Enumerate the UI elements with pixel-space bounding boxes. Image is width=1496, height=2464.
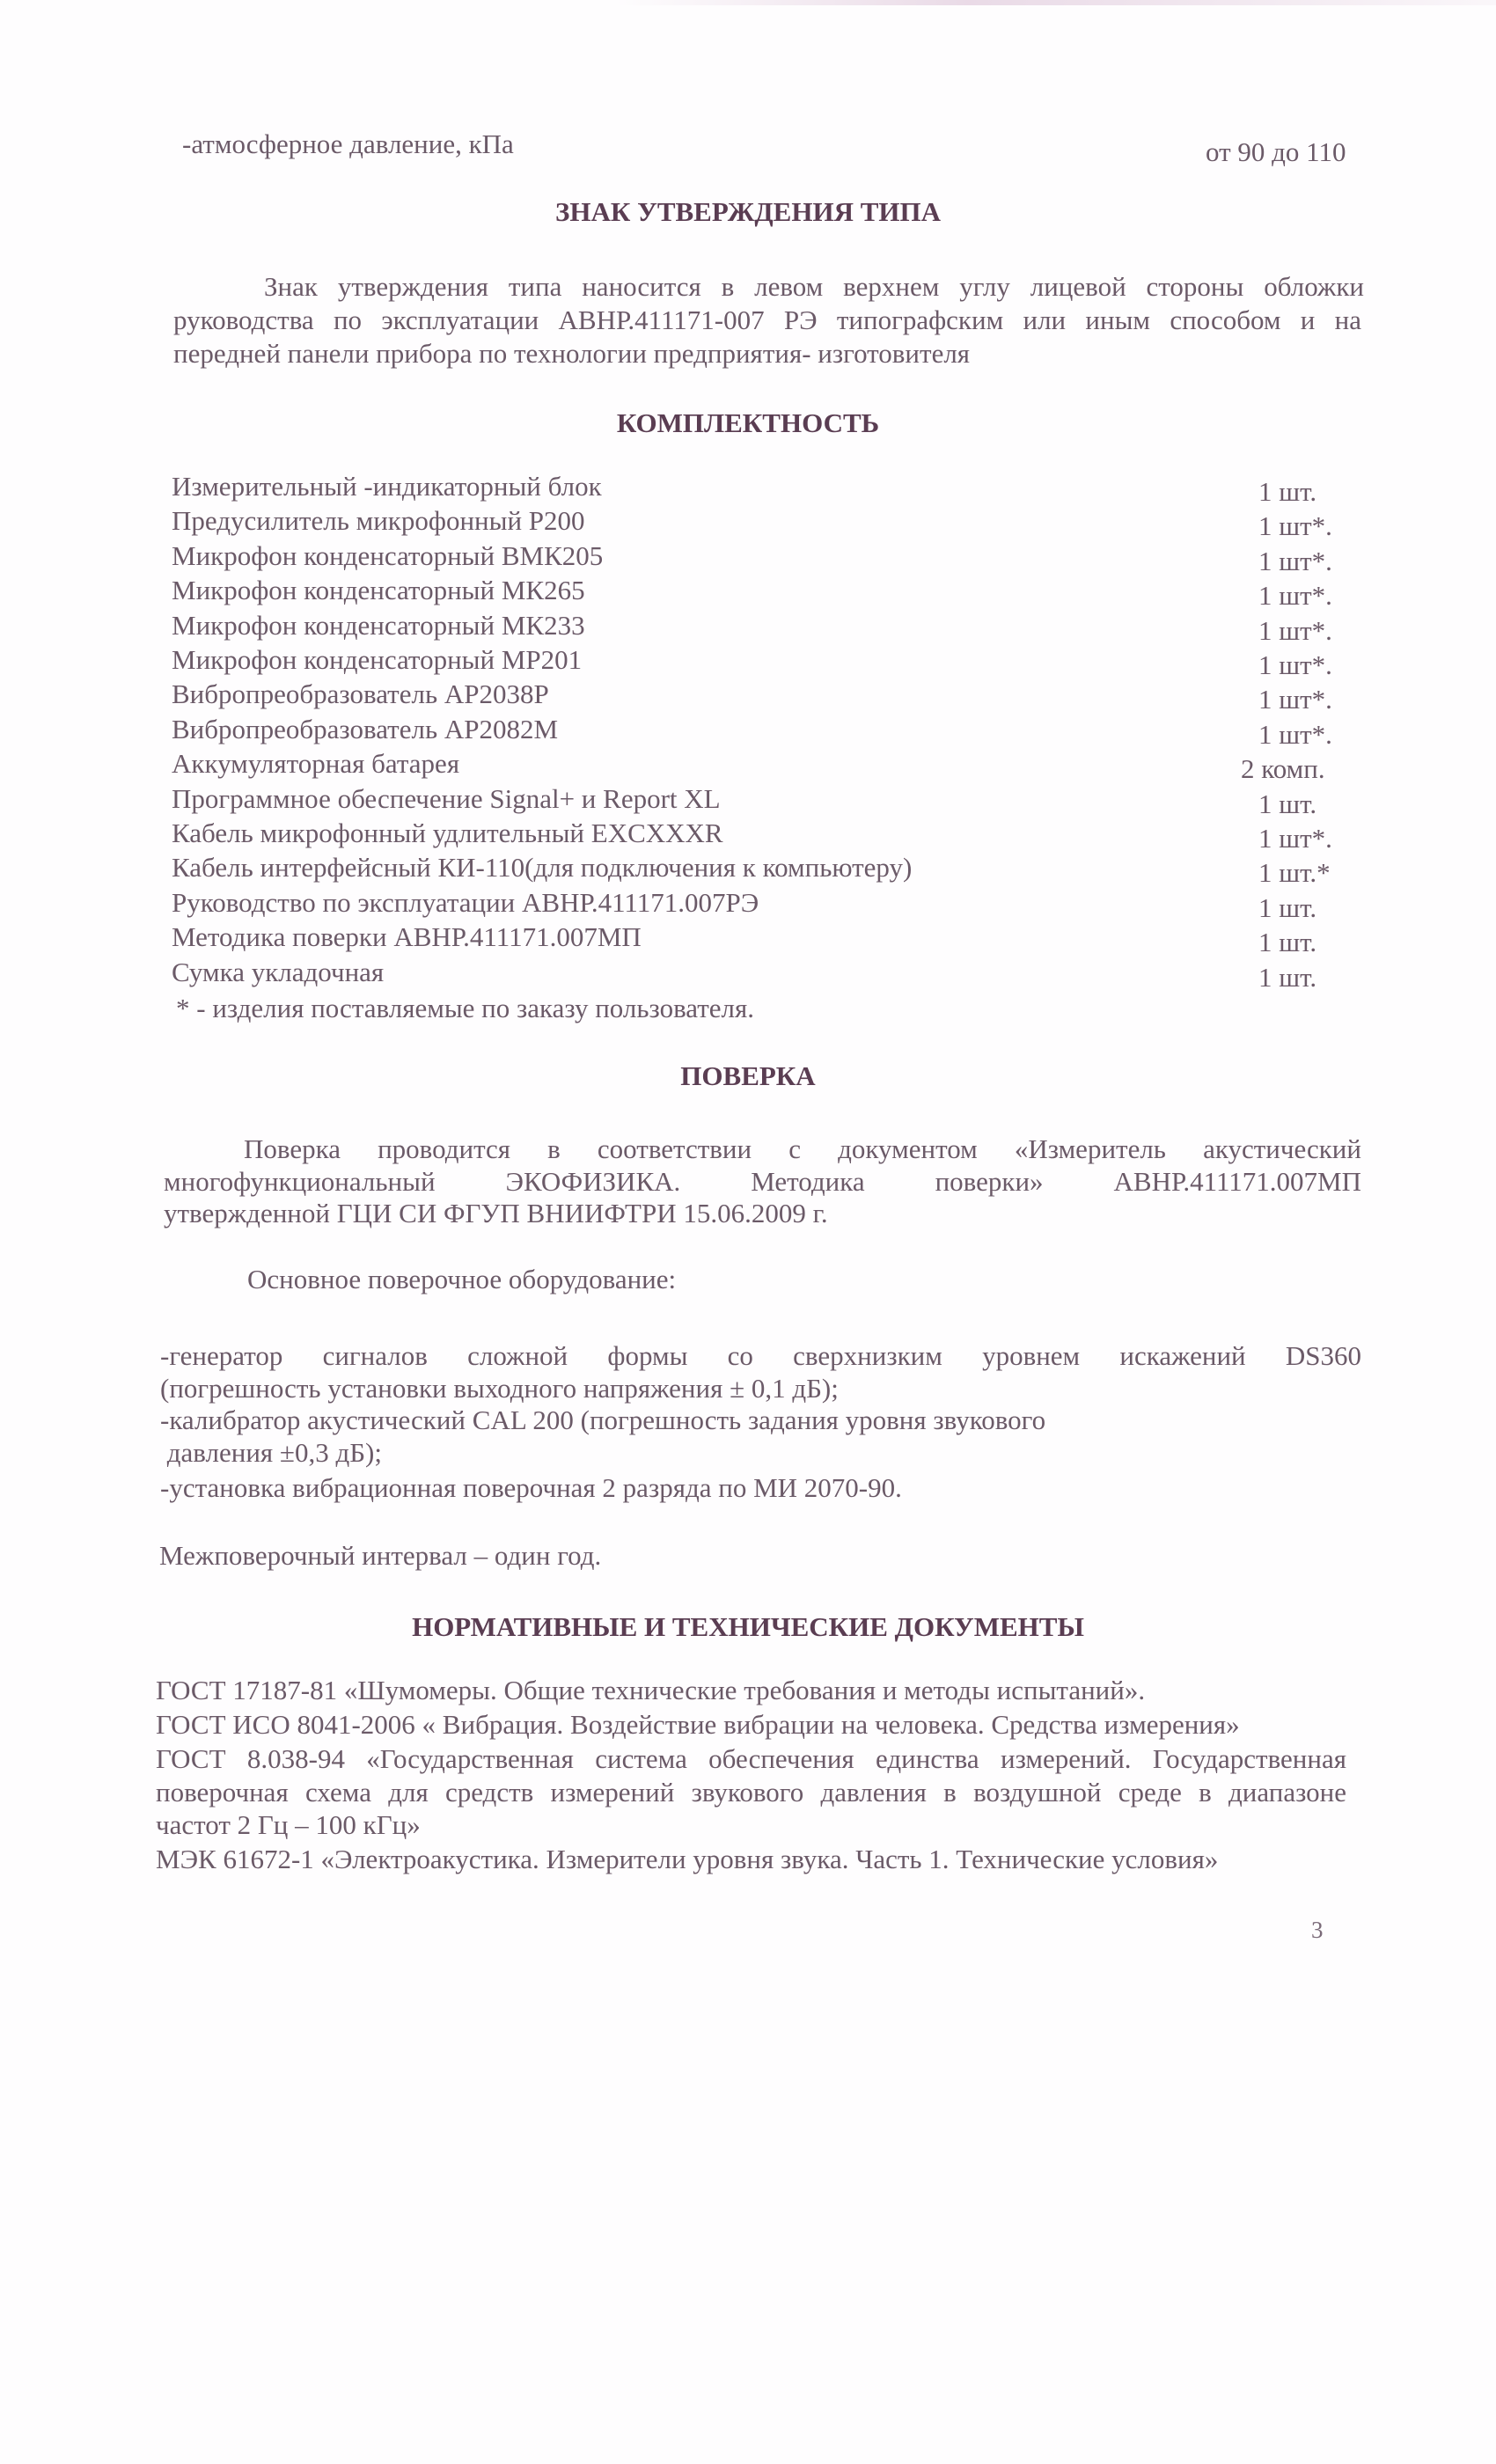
verification-para-line-3: утвержденной ГЦИ СИ ФГУП ВНИИФТРИ 15.06.… xyxy=(164,1199,1361,1227)
list-item: Руководство по эксплуатации АВНР.411171.… xyxy=(172,889,1360,924)
verification-para-line-2: многофункциональный ЭКОФИЗИКА. Методика … xyxy=(164,1168,1361,1195)
item-quantity: 1 шт*. xyxy=(1258,617,1332,644)
heading-verification: ПОВЕРКА xyxy=(0,1062,1496,1089)
equipment-line-1: -генератор сигналов сложной формы со све… xyxy=(160,1342,1361,1369)
item-quantity: 1 шт. xyxy=(1258,928,1316,956)
equipment-label: Основное поверочное оборудование: xyxy=(247,1265,676,1293)
item-quantity: 1 шт. xyxy=(1258,478,1316,505)
item-quantity: 1 шт. xyxy=(1258,790,1316,818)
item-quantity: 2 комп. xyxy=(1241,755,1325,782)
item-name: Микрофон конденсаторный ВМК205 xyxy=(172,542,603,569)
item-name: Вибропреобразователь АР2038Р xyxy=(172,680,549,708)
normative-line-3: ГОСТ 8.038-94 «Государственная система о… xyxy=(156,1745,1346,1772)
normative-line-4: поверочная схема для средств измерений з… xyxy=(156,1778,1346,1806)
list-item: Кабель микрофонный удлительный EXCXXXR1 … xyxy=(172,819,1360,854)
item-name: Сумка укладочная xyxy=(172,958,384,986)
item-quantity: 1 шт*. xyxy=(1258,582,1332,609)
type-mark-para-line-1: Знак утверждения типа наносится в левом … xyxy=(264,273,1364,300)
item-quantity: 1 шт. xyxy=(1258,894,1316,921)
item-name: Программное обеспечение Signal+ и Report… xyxy=(172,785,721,812)
heading-completeness: КОМПЛЕКТНОСТЬ xyxy=(0,409,1496,436)
equipment-line-3: -калибратор акустический CAL 200 (погреш… xyxy=(160,1406,1045,1434)
list-item: Микрофон конденсаторный ВМК2051 шт*. xyxy=(172,542,1360,577)
page-number: 3 xyxy=(1311,1917,1324,1944)
item-name: Микрофон конденсаторный МР201 xyxy=(172,646,582,673)
item-name: Аккумуляторная батарея xyxy=(172,750,459,777)
item-name: Методика поверки АВНР.411171.007МП xyxy=(172,923,642,950)
heading-type-approval-mark: ЗНАК УТВЕРЖДЕНИЯ ТИПА xyxy=(0,198,1496,225)
list-item: Измерительный -индикаторный блок1 шт. xyxy=(172,473,1360,508)
normative-line-6: МЭК 61672-1 «Электроакустика. Измерители… xyxy=(156,1845,1218,1873)
atmospheric-pressure-label: -атмосферное давление, кПа xyxy=(182,130,514,158)
item-quantity: 1 шт*. xyxy=(1258,825,1332,852)
list-item: Кабель интерфейсный КИ-110(для подключен… xyxy=(172,854,1360,889)
item-quantity: 1 шт. xyxy=(1258,964,1316,991)
item-quantity: 1 шт*. xyxy=(1258,651,1332,678)
normative-line-1: ГОСТ 17187-81 «Шумомеры. Общие техническ… xyxy=(156,1676,1145,1704)
list-item: Микрофон конденсаторный МК2331 шт*. xyxy=(172,612,1360,647)
type-mark-para-line-3: передней панели прибора по технологии пр… xyxy=(173,340,1361,367)
item-quantity: 1 шт.* xyxy=(1258,859,1331,886)
heading-normative-documents: НОРМАТИВНЫЕ И ТЕХНИЧЕСКИЕ ДОКУМЕНТЫ xyxy=(0,1613,1496,1640)
item-name: Микрофон конденсаторный МК265 xyxy=(172,576,585,604)
list-item: Программное обеспечение Signal+ и Report… xyxy=(172,785,1360,820)
item-quantity: 1 шт*. xyxy=(1258,512,1332,539)
equipment-line-4: давления ±0,3 дБ); xyxy=(160,1439,382,1466)
item-quantity: 1 шт*. xyxy=(1258,721,1332,748)
item-name: Измерительный -индикаторный блок xyxy=(172,473,602,500)
item-name: Кабель микрофонный удлительный EXCXXXR xyxy=(172,819,723,847)
normative-line-2: ГОСТ ИСО 8041-2006 « Вибрация. Воздейств… xyxy=(156,1711,1240,1738)
verification-para-line-1: Поверка проводится в соответствии с доку… xyxy=(244,1135,1361,1162)
normative-line-5: частот 2 Гц – 100 кГц» xyxy=(156,1811,421,1838)
list-item: Сумка укладочная1 шт. xyxy=(172,958,1360,994)
list-item: Предусилитель микрофонный Р2001 шт*. xyxy=(172,507,1360,542)
list-item: Методика поверки АВНР.411171.007МП1 шт. xyxy=(172,923,1360,958)
equipment-line-5: -установка вибрационная поверочная 2 раз… xyxy=(160,1474,902,1501)
completeness-footnote: * - изделия поставляемые по заказу польз… xyxy=(176,994,754,1022)
list-item: Микрофон конденсаторный МК2651 шт*. xyxy=(172,576,1360,612)
item-name: Предусилитель микрофонный Р200 xyxy=(172,507,585,534)
verification-interval: Межповерочный интервал – один год. xyxy=(159,1542,601,1569)
item-name: Руководство по эксплуатации АВНР.411171.… xyxy=(172,889,759,916)
list-item: Вибропреобразователь АР2082М1 шт*. xyxy=(172,715,1360,751)
list-item: Аккумуляторная батарея2 комп. xyxy=(172,750,1360,785)
item-name: Кабель интерфейсный КИ-110(для подключен… xyxy=(172,854,912,881)
item-name: Микрофон конденсаторный МК233 xyxy=(172,612,585,639)
item-name: Вибропреобразователь АР2082М xyxy=(172,715,558,743)
equipment-line-2: (погрешность установки выходного напряже… xyxy=(160,1375,839,1402)
item-quantity: 1 шт*. xyxy=(1258,686,1332,713)
type-mark-para-line-2: руководства по эксплуатации АВНР.411171-… xyxy=(173,306,1361,334)
list-item: Микрофон конденсаторный МР2011 шт*. xyxy=(172,646,1360,681)
item-quantity: 1 шт*. xyxy=(1258,547,1332,575)
atmospheric-pressure-value: от 90 до 110 xyxy=(1206,138,1346,165)
list-item: Вибропреобразователь АР2038Р1 шт*. xyxy=(172,680,1360,715)
scan-edge-artifact xyxy=(616,0,1496,5)
